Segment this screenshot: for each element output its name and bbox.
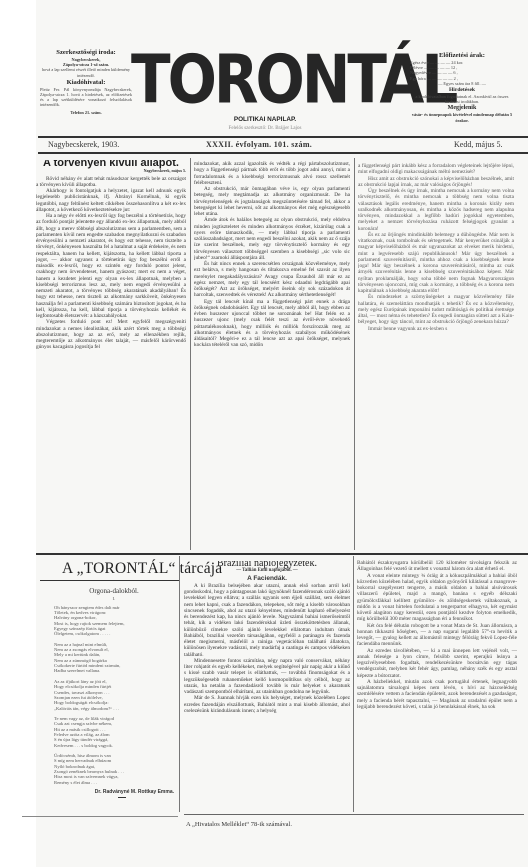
subscription-box: Előfizetési árak: Egész évre — — — — 24 … bbox=[410, 52, 514, 123]
appears-text: vásár- és ünnepnapok kivételével mindenn… bbox=[410, 112, 514, 122]
poem-signature: Dr. Radványné M. Rottkay Emma. bbox=[54, 790, 174, 795]
column-divider bbox=[354, 158, 355, 550]
poem-end-rule bbox=[22, 816, 178, 817]
poem-stanza: Te nem vagy az, de lilák virágod Csak az… bbox=[54, 716, 174, 748]
place-year: Nagybecskerek, 1903. bbox=[48, 140, 119, 149]
bottom-rule bbox=[184, 814, 524, 815]
article-paragraph: A házbeliekkel, miután azok csak portugá… bbox=[357, 679, 517, 710]
brazil-article-title: Braziliai naplójegyzetek. bbox=[184, 561, 350, 567]
office-note: hová a lap szellemi részét illető minden… bbox=[40, 67, 132, 77]
office-heading: Szerkesztőségi iroda: bbox=[40, 49, 132, 57]
section-rule bbox=[36, 553, 528, 555]
signature-ornament bbox=[118, 797, 126, 798]
poem-stanza: Nem az a hajnal mint elmúlt, Nem az a zs… bbox=[54, 642, 174, 674]
brazil-article-column-continued: Bahiától északnyugatra körülbelül 120 ki… bbox=[357, 560, 517, 813]
article-column-3: a függetlenségi párt inkább kész a forra… bbox=[358, 163, 514, 551]
masthead-subtitle: POLITIKAI NAPILAP. bbox=[160, 116, 370, 123]
article-paragraph: Egy tál lencsét kínál ma a függetlenségi… bbox=[194, 299, 350, 349]
poem-stanza: Oh hányszor zengtem édes dalt már Tőlete… bbox=[54, 605, 174, 637]
issue-day: Kedd, május 5. bbox=[454, 140, 502, 149]
supplement-note: A „Hivatalos Melléklet“ 78-ik számával. bbox=[186, 821, 292, 828]
brazil-article-column: Braziliai naplójegyzetek. — Tallián Emil… bbox=[184, 561, 350, 814]
ads-text: a kiadóhivatalban fogadtatnak el. Azonkí… bbox=[410, 94, 514, 104]
article-paragraph: A vonat eleinte mintegy ¾ óráig át a kók… bbox=[357, 573, 517, 623]
article-paragraph: Akárhogy is fontolgatjuk a helyzetet, ig… bbox=[36, 188, 186, 213]
top-rule bbox=[38, 136, 528, 138]
poem-stanza: Úrdöcsémb, hisz álmom is van S míg nem h… bbox=[54, 753, 174, 785]
article-paragraph: És mindezeket a szörnyűségeket a magyar … bbox=[358, 294, 514, 325]
article-paragraph: És hát nincs ennek a szerencsétlen orszá… bbox=[194, 261, 350, 299]
article-paragraph: Végzetes forduló pont ez! Mert egyfelől … bbox=[36, 319, 186, 350]
dateline-bottom-rule bbox=[38, 152, 528, 154]
masthead-editor: Felelős szerkesztő: Dr. Brájjer Lajos bbox=[160, 126, 370, 131]
price-list: Egész évre — — — — 24 kor. Félévre — — —… bbox=[410, 60, 514, 81]
article-dateline: Nagybecskerek, május 5. bbox=[36, 168, 186, 174]
editorial-office-box: Szerkesztőségi iroda: Nagybecskerek, Záp… bbox=[40, 49, 132, 115]
article-paragraph: Immár benne vagyunk az ex-lexben s bbox=[358, 326, 514, 332]
article-paragraph: A ki Brazília belsejében akar utazni, an… bbox=[184, 583, 350, 658]
article-column-1: A törvényen kívüli állapot. Nagybecskere… bbox=[36, 160, 186, 552]
masthead-title: TORONTÁL bbox=[131, 44, 401, 115]
column-divider bbox=[179, 556, 180, 812]
article-paragraph: mindazokat, akik azzal igazolták és védt… bbox=[194, 161, 350, 186]
article-paragraph: Az ezredes távollétében, — ki a mai ünne… bbox=[357, 648, 517, 679]
publisher-heading: Kiadóhivatal: bbox=[40, 79, 132, 87]
article-paragraph: Úgy beszélnek és úgy írnak, mintha nemcs… bbox=[358, 188, 514, 232]
article-paragraph: Az obstrukció, már önmagában véve is, eg… bbox=[194, 186, 350, 217]
article-paragraph: Mindennesetre fontos számítása, négy nap… bbox=[184, 658, 350, 696]
article-paragraph: Bahiától északnyugatra körülbelül 120 ki… bbox=[357, 560, 517, 573]
article-paragraph: Rövid néhány év alatt tehát másodszor ke… bbox=[36, 176, 186, 189]
poem-number: I. bbox=[54, 596, 174, 601]
appears-heading: Megjelenik bbox=[410, 104, 514, 112]
publisher-text: Pleitz Fer. Pál könyvnyomdája Nagybecske… bbox=[40, 87, 132, 108]
article-paragraph: a függetlenségi párt inkább kész a forra… bbox=[358, 163, 514, 176]
poem-title: Orgona-dalokból. bbox=[54, 589, 174, 594]
article-column-2: mindazokat, akik azzal igazolták és védt… bbox=[194, 161, 350, 551]
article-title: A törvényen kívüli állapot. bbox=[36, 160, 186, 166]
poem: Orgona-dalokból. I. Oh hányszor zengtem … bbox=[54, 589, 174, 798]
column-divider bbox=[353, 556, 354, 812]
feuilleton-rule bbox=[40, 580, 180, 581]
article-paragraph: Két óra felé délután robogott be a vonat… bbox=[357, 623, 517, 648]
poem-stanza: Az az ifjúkori lány az jött el, Hogy elc… bbox=[54, 679, 174, 711]
phone: Telefon 21. szám. bbox=[40, 110, 132, 115]
article-paragraph: És ez az őrjöngés mindinkább belemegy a … bbox=[358, 232, 514, 295]
column-divider bbox=[190, 158, 191, 550]
brazil-article-subtitle: A Faciendák. bbox=[184, 576, 350, 582]
article-paragraph: Már de S. Juannak hívják ezen kis helysé… bbox=[184, 695, 350, 714]
volume-issue: XXXII. évfolyam. 101. szám. bbox=[206, 140, 312, 149]
prices-heading: Előfizetési árak: bbox=[410, 52, 514, 60]
ads-heading: Hirdetések bbox=[410, 86, 514, 94]
article-paragraph: Hisz amit az obstrukció szónokai a képvi… bbox=[358, 176, 514, 189]
brazil-article-byline: — Tallián Emil naplójából. — bbox=[184, 568, 350, 574]
article-paragraph: Ha a négy év előtti ex-lexről úgy fog be… bbox=[36, 213, 186, 319]
article-paragraph: Ámde átok és halálos betegség az olyan o… bbox=[194, 217, 350, 261]
